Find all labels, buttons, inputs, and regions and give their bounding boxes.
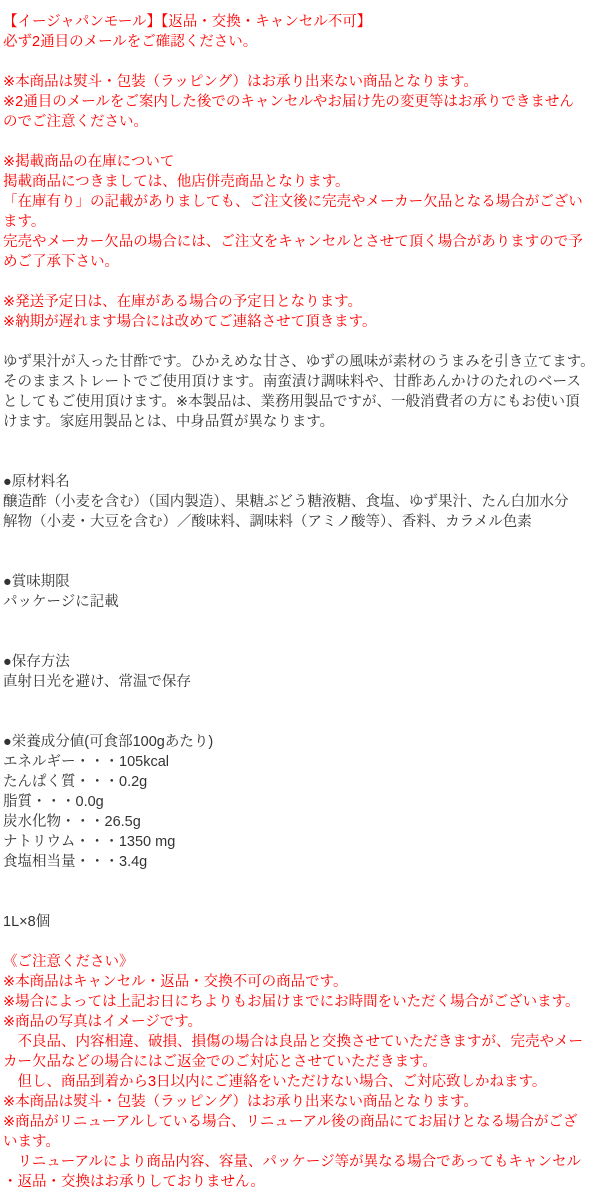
text-line: ※本商品は熨斗・包装（ラッピング）はお承り出来ない商品となります。 xyxy=(3,72,596,92)
text-line: います。 xyxy=(3,1132,596,1152)
blank-line xyxy=(3,612,596,632)
text-line: カー欠品などの場合にはご返金でのご対応とさせていただきます。 xyxy=(3,1052,596,1072)
text-line: ※2通目のメールをご案内した後でのキャンセルやお届け先の変更等はお承りできません xyxy=(3,92,596,112)
text-line: たんぱく質・・・0.2g xyxy=(3,772,596,792)
text-line: 《ご注意ください》 xyxy=(3,952,596,972)
text-line: 食塩相当量・・・3.4g xyxy=(3,852,596,872)
blank-line xyxy=(3,272,596,292)
text-line: けます。家庭用製品とは、中身品質が異なります。 xyxy=(3,412,596,432)
text-line: パッケージに記載 xyxy=(3,592,596,612)
blank-line xyxy=(3,712,596,732)
text-line: ※本商品は熨斗・包装（ラッピング）はお承り出来ない商品となります。 xyxy=(3,1092,596,1112)
text-line: ●保存方法 xyxy=(3,652,596,672)
text-line: ●栄養成分値(可食部100gあたり) xyxy=(3,732,596,752)
section-nutrition-facts: ●栄養成分値(可食部100gあたり)エネルギー・・・105kcalたんぱく質・・… xyxy=(3,732,596,872)
text-line: 完売やメーカー欠品の場合には、ご注文をキャンセルとさせて頂く場合がありますので予 xyxy=(3,232,596,252)
text-line: ナトリウム・・・1350 mg xyxy=(3,832,596,852)
text-line: ・返品・交換はお承りしておりません。 xyxy=(3,1172,596,1192)
section-wrapping-notice: ※本商品は熨斗・包装（ラッピング）はお承り出来ない商品となります。※2通目のメー… xyxy=(3,72,596,132)
text-line: リニューアルにより商品内容、容量、パッケージ等が異なる場合であってもキャンセル xyxy=(3,1152,596,1172)
section-product-description: ゆず果汁が入った甘酢です。ひかえめな甘さ、ゆずの風味が素材のうまみを引き立てます… xyxy=(3,352,596,432)
text-line: 炭水化物・・・26.5g xyxy=(3,812,596,832)
blank-line xyxy=(3,932,596,952)
blank-line xyxy=(3,552,596,572)
section-shop-header-warning: 【イージャパンモール】【返品・交換・キャンセル不可】必ず2通目のメールをご確認く… xyxy=(3,12,596,52)
product-description-page: 【イージャパンモール】【返品・交換・キャンセル不可】必ず2通目のメールをご確認く… xyxy=(0,0,600,1192)
text-line: 醸造酢（小麦を含む）（国内製造）、果糖ぶどう糖液糖、食塩、ゆず果汁、たん白加水分 xyxy=(3,492,596,512)
section-stock-notice: ※掲載商品の在庫について掲載商品につきましては、他店併売商品となります。「在庫有… xyxy=(3,152,596,272)
text-line: 「在庫有り」の記載がありましても、ご注文後に完売やメーカー欠品となる場合がござい xyxy=(3,192,596,212)
text-line: 但し、商品到着から3日以内にご連絡をいただけない場合、ご対応致しかねます。 xyxy=(3,1072,596,1092)
text-line: ※掲載商品の在庫について xyxy=(3,152,596,172)
text-line: 不良品、内容相違、破損、損傷の場合は良品と交換させていただきますが、完売やメー xyxy=(3,1032,596,1052)
text-line: 【イージャパンモール】【返品・交換・キャンセル不可】 xyxy=(3,12,596,32)
section-ingredients: ●原材料名醸造酢（小麦を含む）（国内製造）、果糖ぶどう糖液糖、食塩、ゆず果汁、た… xyxy=(3,472,596,532)
text-line: 直射日光を避け、常温で保存 xyxy=(3,672,596,692)
text-line: そのままストレートでご使用頂けます。南蛮漬け調味料や、甘酢あんかけのたれのベース xyxy=(3,372,596,392)
text-line: 掲載商品につきましては、他店併売商品となります。 xyxy=(3,172,596,192)
text-line: ます。 xyxy=(3,212,596,232)
blank-line xyxy=(3,692,596,712)
blank-line xyxy=(3,432,596,452)
text-line: 脂質・・・0.0g xyxy=(3,792,596,812)
text-line: ●賞味期限 xyxy=(3,572,596,592)
text-line: ゆず果汁が入った甘酢です。ひかえめな甘さ、ゆずの風味が素材のうまみを引き立てます… xyxy=(3,352,596,372)
text-line: エネルギー・・・105kcal xyxy=(3,752,596,772)
text-line: のでご注意ください。 xyxy=(3,112,596,132)
blank-line xyxy=(3,532,596,552)
text-line: めご了承下さい。 xyxy=(3,252,596,272)
blank-line xyxy=(3,632,596,652)
blank-line xyxy=(3,332,596,352)
section-caution-notice: 《ご注意ください》※本商品はキャンセル・返品・交換不可の商品です。※場合によって… xyxy=(3,952,596,1192)
blank-line xyxy=(3,452,596,472)
text-line: ※納期が遅れます場合には改めてご連絡させて頂きます。 xyxy=(3,312,596,332)
text-line: ※商品がリニューアルしている場合、リニューアル後の商品にてお届けとなる場合がござ xyxy=(3,1112,596,1132)
text-line: 1L×8個 xyxy=(3,912,596,932)
text-line: としてもご使用頂けます。※本製品は、業務用製品ですが、一般消費者の方にもお使い頂 xyxy=(3,392,596,412)
blank-line xyxy=(3,132,596,152)
blank-line xyxy=(3,892,596,912)
section-storage-method: ●保存方法直射日光を避け、常温で保存 xyxy=(3,652,596,692)
text-line: ※発送予定日は、在庫がある場合の予定日となります。 xyxy=(3,292,596,312)
section-best-before: ●賞味期限パッケージに記載 xyxy=(3,572,596,612)
blank-line xyxy=(3,872,596,892)
text-line: ※場合によっては上記お日にちよりもお届けまでにお時間をいただく場合がございます。 xyxy=(3,992,596,1012)
blank-line xyxy=(3,52,596,72)
section-shipping-notice: ※発送予定日は、在庫がある場合の予定日となります。※納期が遅れます場合には改めて… xyxy=(3,292,596,332)
text-line: ●原材料名 xyxy=(3,472,596,492)
text-line: ※商品の写真はイメージです。 xyxy=(3,1012,596,1032)
text-line: 解物（小麦・大豆を含む）／酸味料、調味料（アミノ酸等）、香料、カラメル色素 xyxy=(3,512,596,532)
text-line: 必ず2通目のメールをご確認ください。 xyxy=(3,32,596,52)
section-package-size: 1L×8個 xyxy=(3,912,596,932)
text-line: ※本商品はキャンセル・返品・交換不可の商品です。 xyxy=(3,972,596,992)
